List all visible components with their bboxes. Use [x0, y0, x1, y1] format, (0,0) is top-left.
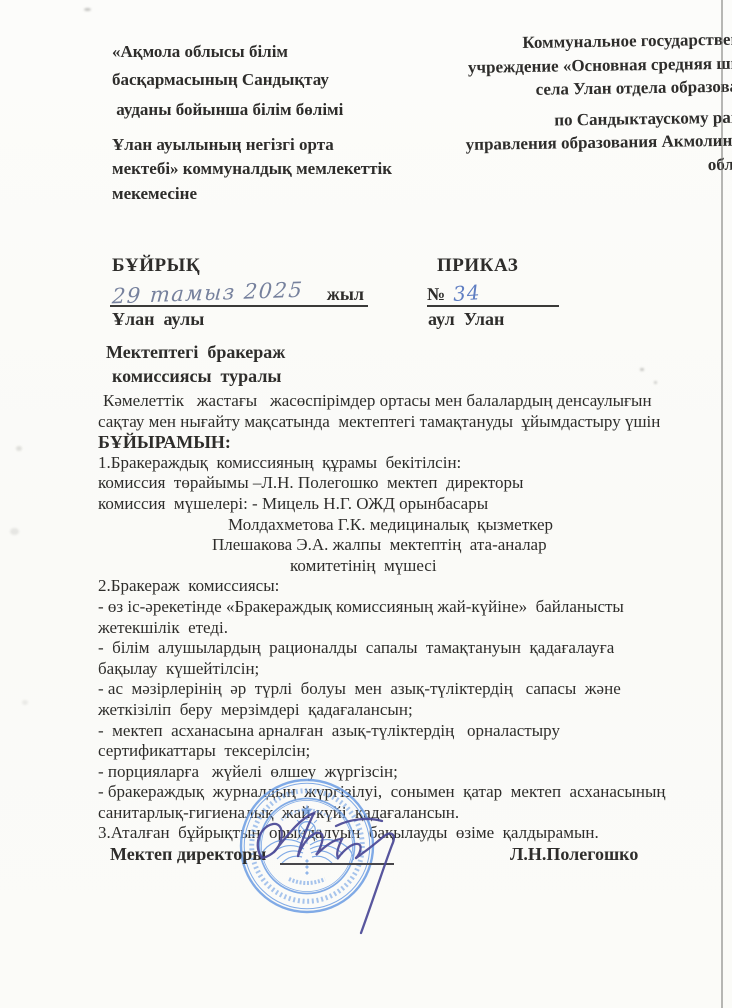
body-line: комитетінің мүшесі: [98, 556, 712, 577]
scan-edge-line: [721, 0, 723, 1008]
body-line: жеткізіліп беру мерзімдері қадағалансын;: [98, 700, 712, 721]
signatory-name: Л.Н.Полегошко: [510, 844, 638, 865]
body-line: бақылау күшейтілсін;: [98, 659, 712, 680]
number-sign: №: [427, 284, 445, 305]
body-line: сақтау мен нығайту мақсатында мектептегі…: [98, 412, 712, 433]
order-title-russian: ПРИКАЗ: [437, 255, 518, 277]
header-kazakh-line: басқармасының Сандықтау: [112, 66, 430, 94]
order-date-line: 29 тамыз 2025 жыл: [110, 279, 368, 307]
scan-speck: [10, 528, 19, 535]
handwritten-date: 29 тамыз 2025: [111, 278, 304, 309]
header-russian-line: села Улан отдела образования: [399, 74, 732, 103]
header-kazakh-line: мекемесіне: [112, 182, 430, 207]
scan-speck: [84, 8, 91, 11]
header-russian: Коммунальное государственное учреждение …: [398, 27, 732, 181]
header-kazakh-line: «Ақмола облысы білім: [112, 38, 430, 66]
order-subject: Мектептегі бракераж комиссиясы туралы: [106, 341, 285, 388]
director-signature: [240, 800, 420, 950]
scan-speck: [16, 446, 22, 451]
body-line: - мектеп асханасына арналған азық-түлікт…: [98, 721, 712, 742]
header-kazakh: «Ақмола облысы білім басқармасының Санды…: [112, 38, 430, 206]
scan-speck: [654, 381, 657, 384]
body-line: комиссия мүшелері: - Мицель Н.Г. ОЖД оры…: [98, 494, 712, 515]
header-kazakh-line: Ұлан ауылының негізгі орта: [112, 133, 430, 158]
order-body: Кәмелеттік жастағы жасөспірімдер ортасы …: [98, 391, 712, 844]
body-line: жетекшілік етеді.: [98, 618, 712, 639]
header-kazakh-line: мектебі» коммуналдық мемлекеттік: [112, 157, 430, 182]
date-suffix-label: жыл: [327, 284, 364, 305]
body-line: 1.Бракераждық комиссияның құрамы бекітіл…: [98, 453, 712, 474]
scan-speck: [640, 368, 644, 371]
body-line: Молдахметова Г.К. медициналық қызметкер: [98, 515, 712, 536]
body-line: комиссия төрайымы –Л.Н. Полегошко мектеп…: [98, 473, 712, 494]
body-line: - өз іс-әрекетінде «Бракераждық комиссия…: [98, 597, 712, 618]
body-line: Плешакова Э.А. жалпы мектептің ата-анала…: [98, 535, 712, 556]
order-verb: БҰЙЫРАМЫН:: [98, 432, 712, 453]
body-line: 2.Бракераж комиссиясы:: [98, 576, 712, 597]
scanned-order-document: «Ақмола облысы білім басқармасының Санды…: [0, 0, 732, 1008]
handwritten-order-number: 34: [452, 280, 481, 306]
order-subject-line: комиссиясы туралы: [106, 365, 285, 389]
place-russian: аул Улан: [428, 309, 504, 330]
body-line: - ас мәзірлерінің әр түрлі болуы мен азы…: [98, 679, 712, 700]
header-kazakh-line: ауданы бойынша білім бөлімі: [112, 98, 430, 123]
order-subject-line: Мектептегі бракераж: [106, 341, 285, 365]
place-kazakh: Ұлан аулы: [112, 309, 204, 330]
order-title-kazakh: БҰЙРЫҚ: [112, 255, 200, 277]
scan-speck: [22, 700, 28, 705]
body-line: - порцияларға жүйелі өлшеу жүргізсін;: [98, 762, 712, 783]
body-line: - білім алушылардың рационалды сапалы та…: [98, 638, 712, 659]
body-line: сертификаттары тексерілсін;: [98, 741, 712, 762]
header-russian-line: области: [400, 152, 732, 181]
body-line: Кәмелеттік жастағы жасөспірімдер ортасы …: [98, 391, 712, 412]
order-number-line: № 34: [427, 279, 559, 307]
